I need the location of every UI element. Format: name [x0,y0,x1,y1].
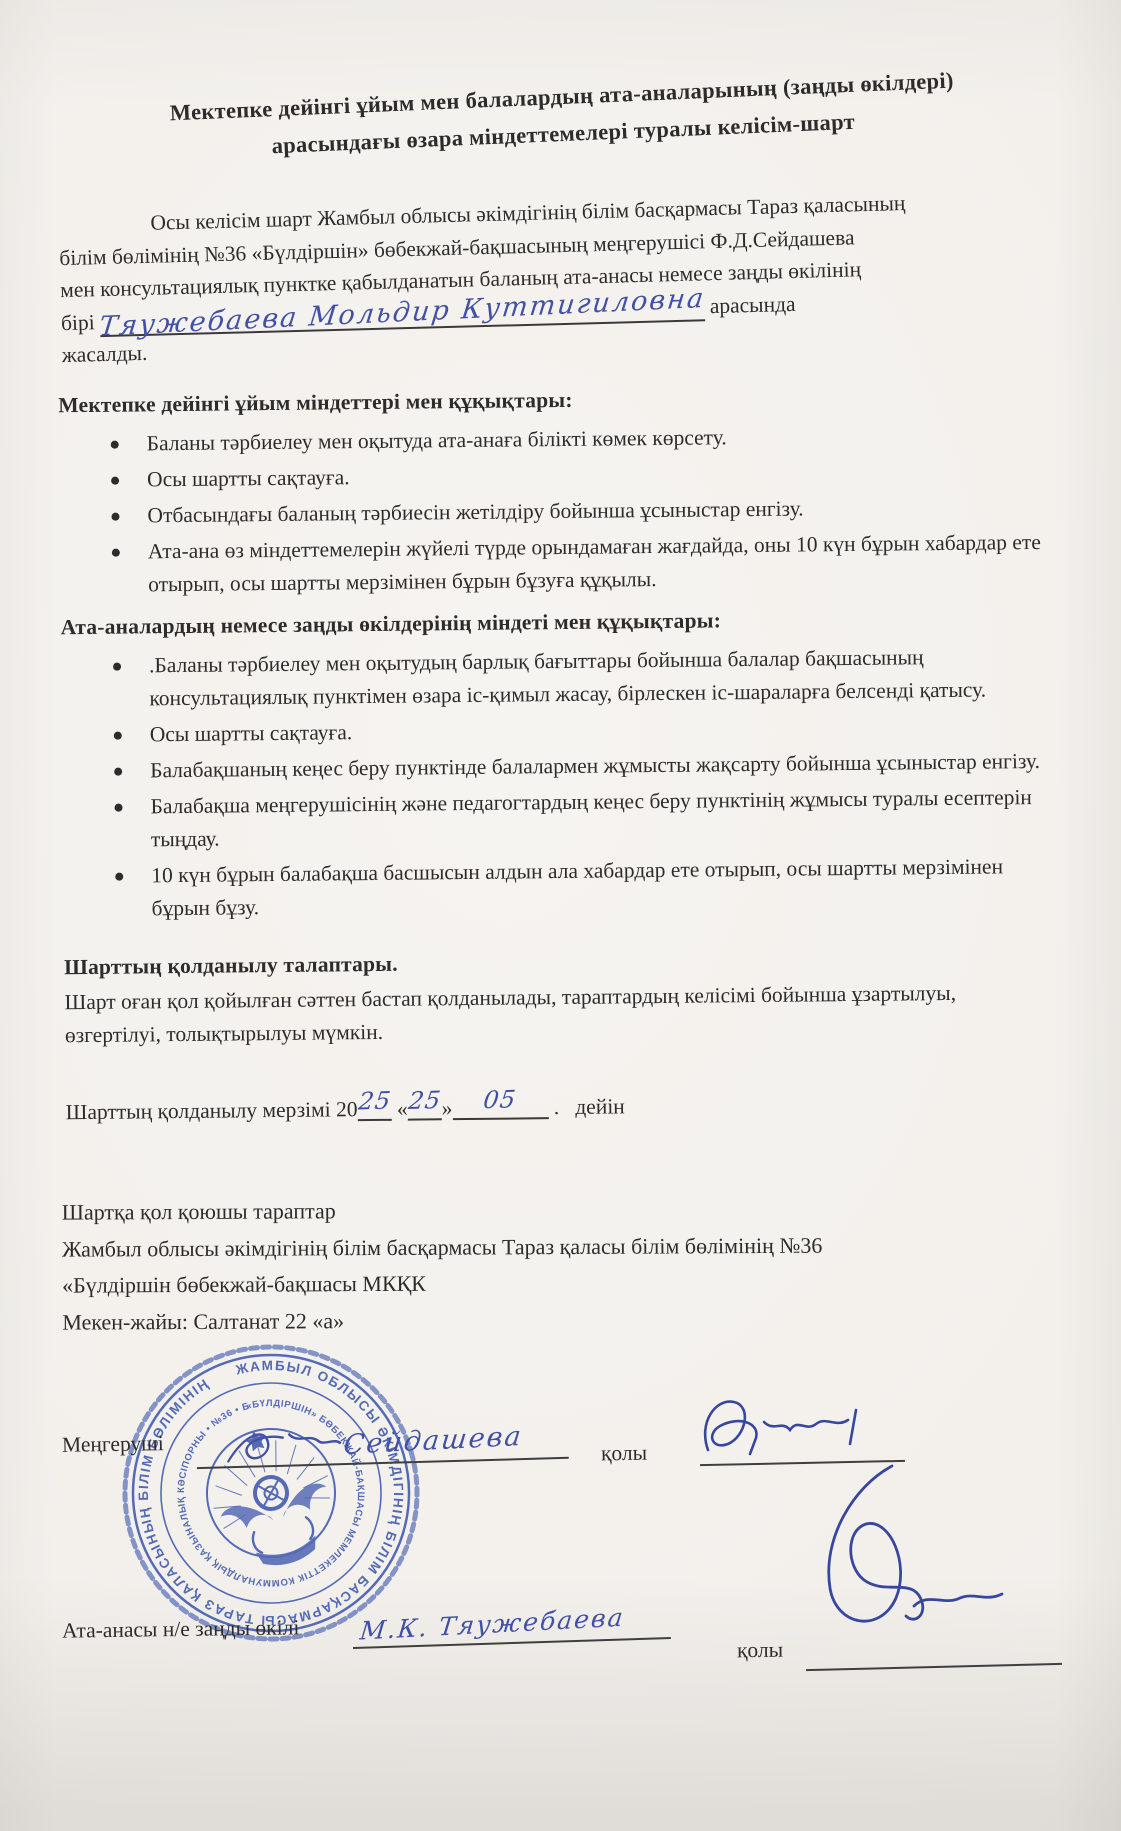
quote-open: « [397,1097,408,1121]
emblem-horse-curl [251,1516,316,1554]
parent-name-line: М.К. Тяужебаева [351,1581,671,1649]
bullet-text: Ата-ана өз міндеттемелерін жүйелі түрде … [148,530,1041,596]
intro-line-4-suffix: арасында [709,291,795,317]
parent-signature [792,1452,1032,1677]
bullet-dot-icon [111,513,119,521]
svg-text:«БҮЛДІРШІН» БӨБЕКЖАЙ-БАҚШАСЫ М: «БҮЛДІРШІН» БӨБЕКЖАЙ-БАҚШАСЫ МЕМЛЕКЕТТІК… [116,1330,389,1628]
manager-handwritten-text: Сейдашева [342,1421,524,1461]
bullet-text: .Баланы тәрбиелеу мен оқытудың барлық ба… [149,645,986,710]
scanned-contract-document: Мектепке дейінгі ұйым мен балалардың ата… [0,0,1121,1831]
section-1-heading: Мектепке дейінгі ұйым міндеттері мен құқ… [58,378,1060,422]
emblem-shanyrak-center [263,1485,279,1501]
manager-name-flourish [224,1422,347,1468]
bullet-dot-icon [111,477,119,485]
manager-name-line: Сейдашева [195,1399,569,1469]
bullet-text: Балабақша меңгерушісінің және педагогтар… [150,785,1032,851]
bullet-text: Балабақшаның кеңес беру пунктінде балала… [150,749,1040,782]
bullet-dot-icon [111,441,119,449]
bullet-dot-icon [114,732,122,740]
parties-block: Шартқа қол қоюшы тараптар Жамбыл облысы … [62,1189,1073,1340]
intro-paragraph: Осы келісім шарт Жамбыл облысы әкімдігін… [58,183,1068,372]
emblem-wing-left [219,1497,274,1534]
bullet-dot-icon [112,549,120,557]
handwritten-day: 25 [407,1090,442,1111]
section-1-list: Баланы тәрбиелеу мен оқытуда ата-анаға б… [59,418,1063,602]
parties-line-3: «Бүлдіршін бөбекжай-бақшасы МКҚК [62,1262,1072,1304]
bullet-item: 10 күн бұрын балабақша басшысын алдын ал… [63,850,1066,926]
emblem-shanyrak [251,1473,291,1513]
section-2-heading: Ата-аналардың немесе заңды өкілдерінің м… [60,600,1062,644]
manager-label: Меңгеруші [62,1431,164,1458]
handwritten-manager-name: Сейдашева [224,1413,526,1468]
section-2-list: .Баланы тәрбиелеу мен оқытудың барлық ба… [61,640,1066,926]
emblem-crosspiece [257,1479,284,1506]
bullet-text: Отбасындағы баланың тәрбиесін жетілдіру … [147,496,803,527]
bullet-dot-icon [113,663,121,671]
emblem-wing-right [277,1481,332,1518]
validity-suffix: дейін [575,1094,625,1119]
bullet-dot-icon [115,804,123,812]
bullet-text: Осы шартты сақтауға. [147,465,350,491]
parties-line-4: Мекен-жайы: Салтанат 22 «а» [62,1299,1072,1341]
terms-paragraph: Шарт оған қол қойылған сәттен бастап қол… [64,976,1057,1052]
validity-prefix: Шарттың қолданылу мерзімі 20 [66,1097,358,1124]
validity-dot: . [554,1095,560,1119]
parent-signature-graphic [792,1452,1032,1672]
month-blank: 05 [452,1096,548,1120]
bullet-dot-icon [114,768,122,776]
bullet-item: Балабақша меңгерушісінің және педагогтар… [62,781,1065,857]
manager-signature-line [700,1460,905,1466]
emblem-banner [256,1535,321,1571]
stamp-inner-ring-text: «БҮЛДІРШІН» БӨБЕКЖАЙ-БАҚШАСЫ МЕМЛЕКЕТТІК… [116,1330,389,1628]
handwritten-month: 05 [483,1089,518,1110]
day-blank: 25 [408,1097,442,1120]
document-body: Мектепке дейінгі ұйым міндеттері мен құқ… [58,378,1068,1129]
handwritten-parent-signature-name: М.К. Тяужебаева [358,1603,626,1646]
parties-line-2: Жамбыл облысы әкімдігінің білім басқарма… [62,1226,1072,1268]
bullet-text: 10 күн бұрын балабақша басшысын алдын ал… [151,854,1003,920]
bullet-text: Баланы тәрбиелеу мен оқытуда ата-анаға б… [147,425,727,455]
year-blank: 25 [357,1098,391,1121]
document-title: Мектепке дейінгі ұйым мен балалардың ата… [39,56,1086,174]
parent-signature-line [806,1663,1062,1671]
stamp-middle-ring [135,1357,407,1629]
bullet-item: Ата-ана өз міндеттемелерін жүйелі түрде … [60,526,1063,602]
intro-line-4-prefix: бірі [61,310,95,335]
handwritten-year: 25 [357,1090,392,1111]
quote-close: » [442,1096,453,1120]
qoly-label-2: қолы [737,1638,783,1664]
qoly-label-1: қолы [601,1441,648,1467]
parent-label: Ата-анасы н/е заңды өкілі [62,1615,300,1643]
emblem-crosspiece [257,1479,284,1506]
validity-line: Шарттың қолданылу мерзімі 2025 «25»05 . … [66,1086,1068,1129]
parties-line-1: Шартқа қол қоюшы тараптар [62,1189,1072,1231]
bullet-dot-icon [115,873,123,881]
bullet-text: Осы шартты сақтауға. [150,720,353,746]
bullet-item: .Баланы тәрбиелеу мен оқытудың барлық ба… [61,640,1064,716]
